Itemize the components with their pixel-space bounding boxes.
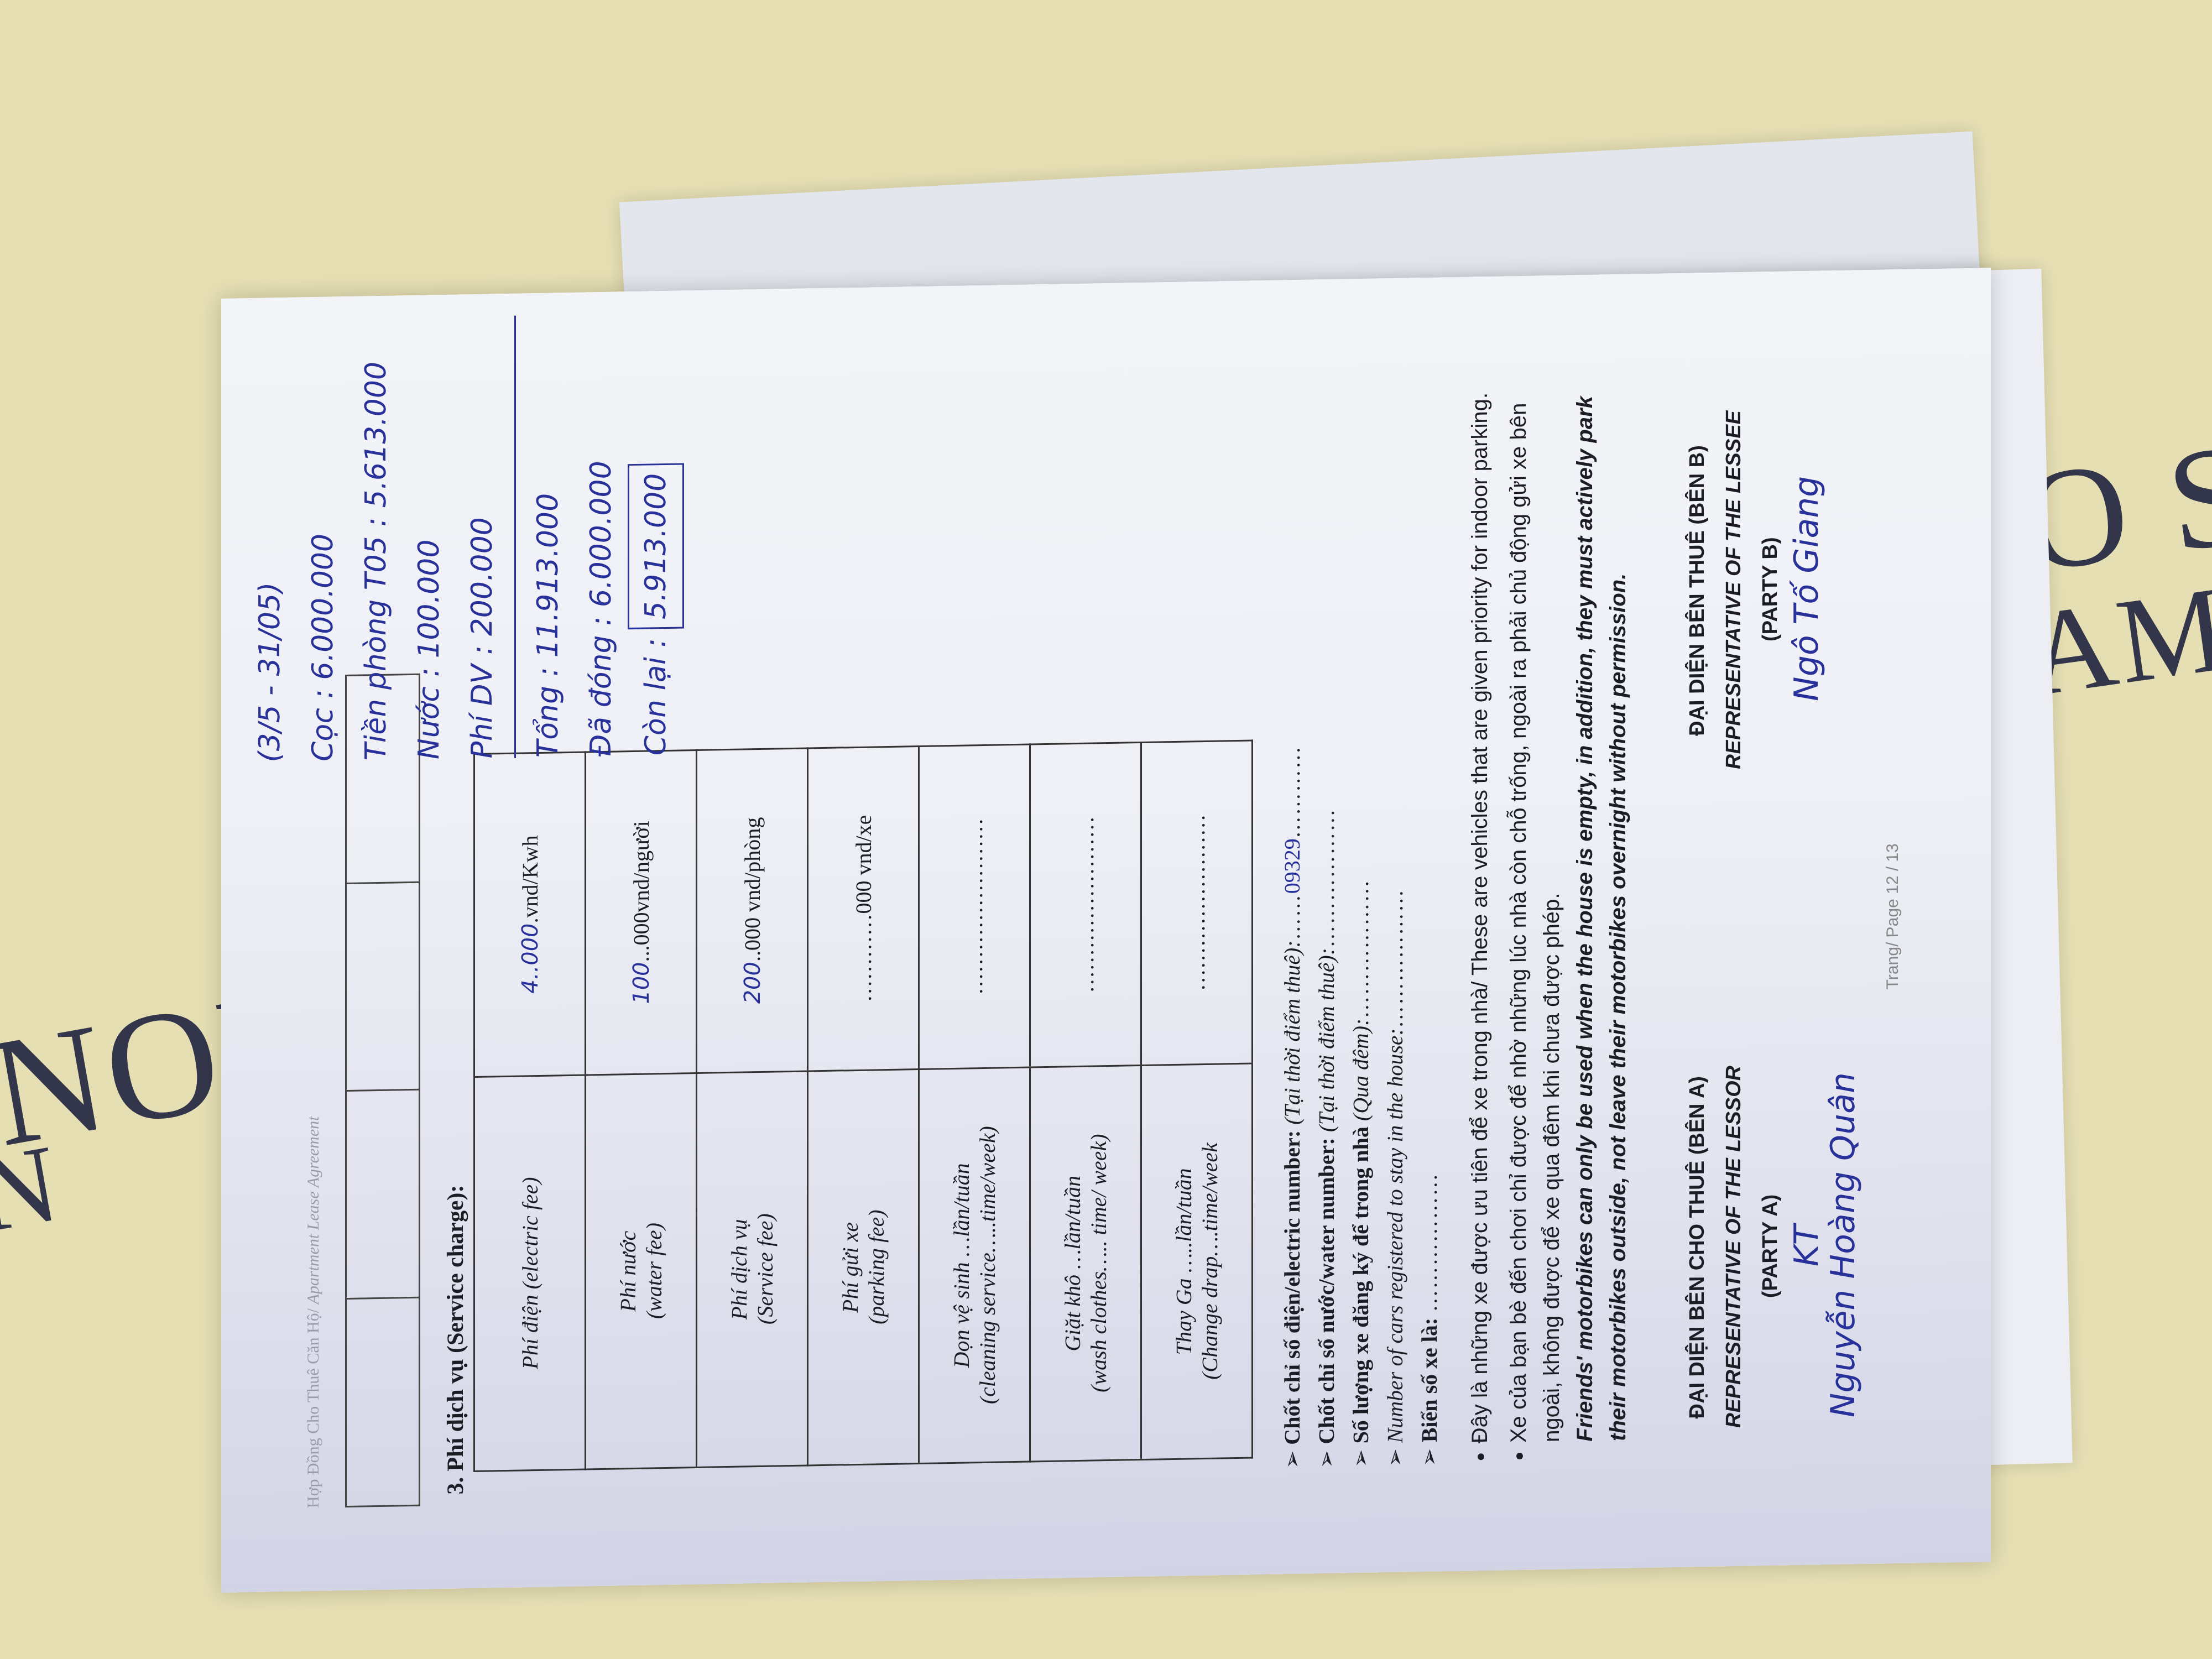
document-page: Hợp Đồng Cho Thuê Căn Hộ/ Apartment Leas… xyxy=(221,268,1991,1593)
party-a-signature: ĐẠI DIỆN BÊN CHO THUÊ (BÊN A) REPRESENTA… xyxy=(1679,1063,1861,1429)
fee-row: Phí điện (electric fee) 4..000.vnd/Kwh xyxy=(474,752,586,1472)
signature-block: ĐẠI DIỆN BÊN CHO THUÊ (BÊN A) REPRESENTA… xyxy=(1679,408,1861,1429)
party-b-signature: ĐẠI DIỆN BÊN THUÊ (BÊN B) REPRESENTATIVE… xyxy=(1679,408,1861,770)
note-divider xyxy=(514,316,516,758)
signature-name: Nguyễn Hoàng Quân xyxy=(1825,1063,1861,1426)
checklist-item: Chốt chỉ số nước/water number: (Tại thời… xyxy=(1310,362,1344,1469)
fee-row: Thay Ga …..lần/tuần(Change drap….time/we… xyxy=(1141,740,1253,1460)
remaining-amount: 5.913.000 xyxy=(628,463,684,629)
checklist-item: Chốt chỉ số điện/electric number: (Tại t… xyxy=(1275,363,1310,1469)
fee-label: Phí nước(water fee) xyxy=(586,1073,697,1469)
service-fee-table: Phí điện (electric fee) 4..000.vnd/KwhPh… xyxy=(473,739,1253,1472)
rule-item: Đây là những xe được ưu tiên để xe trong… xyxy=(1463,359,1496,1444)
note-line: Cọc : 6.000.000 xyxy=(296,263,349,762)
page-number: Trang/ Page 12 / 13 xyxy=(1884,352,1902,1481)
note-line: Nước : 100.000 xyxy=(403,262,456,760)
fee-value: 100...000vnd/người xyxy=(586,750,697,1074)
fee-value: …………………… xyxy=(919,744,1030,1069)
fee-row: Phí dịch vụ(Service fee) 200..000 vnd/ph… xyxy=(697,748,808,1468)
checklist-item: Number of cars registered to stay in the… xyxy=(1378,361,1412,1467)
fee-label: Phí điện (electric fee) xyxy=(474,1075,586,1472)
parking-rules: Đây là những xe được ưu tiên để xe trong… xyxy=(1463,357,1635,1465)
fee-value: 200..000 vnd/phòng xyxy=(697,748,808,1073)
fee-label: Phí dịch vụ(Service fee) xyxy=(697,1071,808,1468)
fee-value: 4..000.vnd/Kwh xyxy=(474,752,586,1077)
handwritten-notes: (3/5 - 31/05) Cọc : 6.000.000Tiền phòng … xyxy=(243,257,684,763)
note-line: Phí DV : 200.000 xyxy=(456,260,509,759)
fee-row: Phí gửi xe(parking fee) …………000 vnd/xe xyxy=(808,746,919,1465)
checklist-item: Số lượng xe đăng ký để trong nhà (Qua đê… xyxy=(1344,361,1378,1468)
fee-row: Giặt khô …lần/tuần(wash clothes….. time/… xyxy=(1030,742,1141,1462)
checklist-item: Biển số xe là: ……………… xyxy=(1412,360,1447,1467)
fee-row: Dọn vệ sinh …lần/tuần(cleaning service….… xyxy=(919,744,1030,1464)
fee-label: Thay Ga …..lần/tuần(Change drap….time/we… xyxy=(1141,1063,1253,1460)
signature-name: Ngô Tố Giang xyxy=(1788,409,1825,768)
fee-label: Giặt khô …lần/tuần(wash clothes….. time/… xyxy=(1030,1065,1141,1462)
rule-item: Xe của bạn bè đến chơi chỉ được để nhờ n… xyxy=(1502,357,1635,1443)
fee-value: …………………… xyxy=(1141,740,1253,1065)
fee-row: Phí nước(water fee) 100...000vnd/người xyxy=(586,750,697,1469)
header-table xyxy=(345,674,420,1507)
fee-value: …………000 vnd/xe xyxy=(808,746,919,1071)
fee-label: Phí gửi xe(parking fee) xyxy=(808,1069,919,1465)
meter-checklist: Chốt chỉ số điện/electric number: (Tại t… xyxy=(1275,360,1447,1469)
fee-value: …………………… xyxy=(1030,742,1141,1067)
note-line: Tiền phòng T05 : 5.613.000 xyxy=(349,262,403,761)
fee-label: Dọn vệ sinh …lần/tuần(cleaning service….… xyxy=(919,1067,1030,1464)
